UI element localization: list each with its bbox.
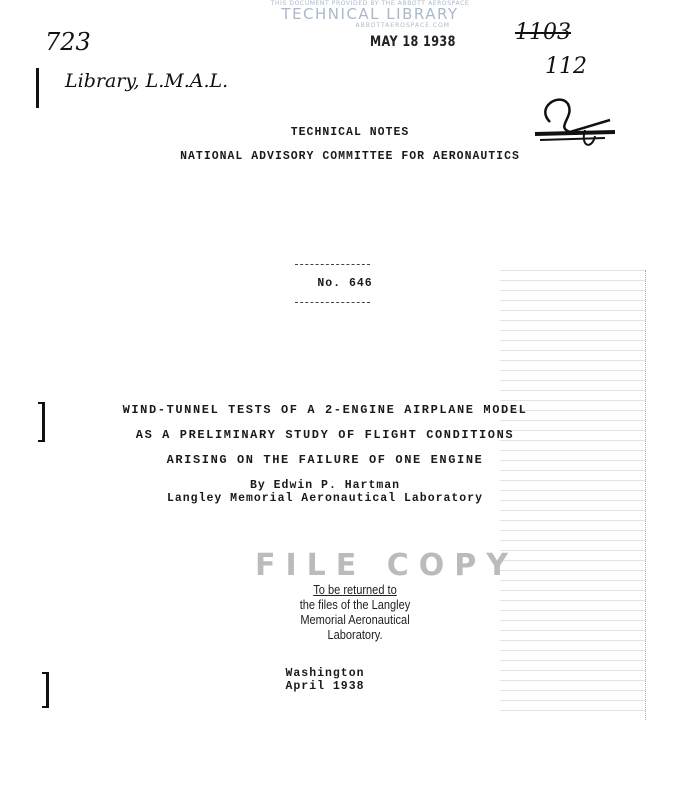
stamp-line-4: Laboratory. (270, 627, 440, 642)
stamp-line-1: To be returned to (270, 582, 440, 597)
watermark-url: ABBOTTAEROSPACE.COM (250, 22, 490, 29)
handwritten-number: 723 (45, 28, 91, 56)
file-copy-stamp: FILE COPY (255, 548, 518, 583)
return-instruction-stamp: To be returned to the files of the Langl… (270, 582, 440, 642)
author-affiliation: Langley Memorial Aeronautical Laboratory (0, 492, 650, 505)
stamp-line-2: the files of the Langley (270, 597, 440, 612)
stamp-line-3: Memorial Aeronautical (270, 612, 440, 627)
handwritten-library-note: Library, L.M.A.L. (65, 70, 228, 92)
library-watermark: This Document Provided by the Abbott Aer… (250, 0, 490, 29)
margin-bracket (36, 68, 43, 108)
divider (295, 302, 370, 303)
watermark-title: TECHNICAL LIBRARY (250, 7, 490, 22)
author-block: By Edwin P. Hartman Langley Memorial Aer… (0, 479, 650, 505)
series-heading: TECHNICAL NOTES (0, 126, 700, 139)
divider (295, 264, 370, 265)
handwritten-number-below: 112 (545, 54, 587, 79)
handwritten-crossed-number: 1103 (515, 20, 571, 45)
title-line-3: ARISING ON THE FAILURE OF ONE ENGINE (0, 453, 675, 467)
title-line-1: WIND-TUNNEL TESTS OF A 2-ENGINE AIRPLANE… (0, 403, 675, 417)
received-date-stamp: MAY 18 1938 (370, 34, 456, 50)
publication-place: Washington (0, 667, 650, 680)
publication-date: April 1938 (0, 680, 650, 693)
handwritten-scribble-icon (530, 92, 650, 152)
organization-heading: NATIONAL ADVISORY COMMITTEE FOR AERONAUT… (0, 150, 700, 163)
place-date-block: Washington April 1938 (0, 667, 650, 693)
title-line-2: AS A PRELIMINARY STUDY OF FLIGHT CONDITI… (0, 428, 675, 442)
author-byline: By Edwin P. Hartman (0, 479, 650, 492)
